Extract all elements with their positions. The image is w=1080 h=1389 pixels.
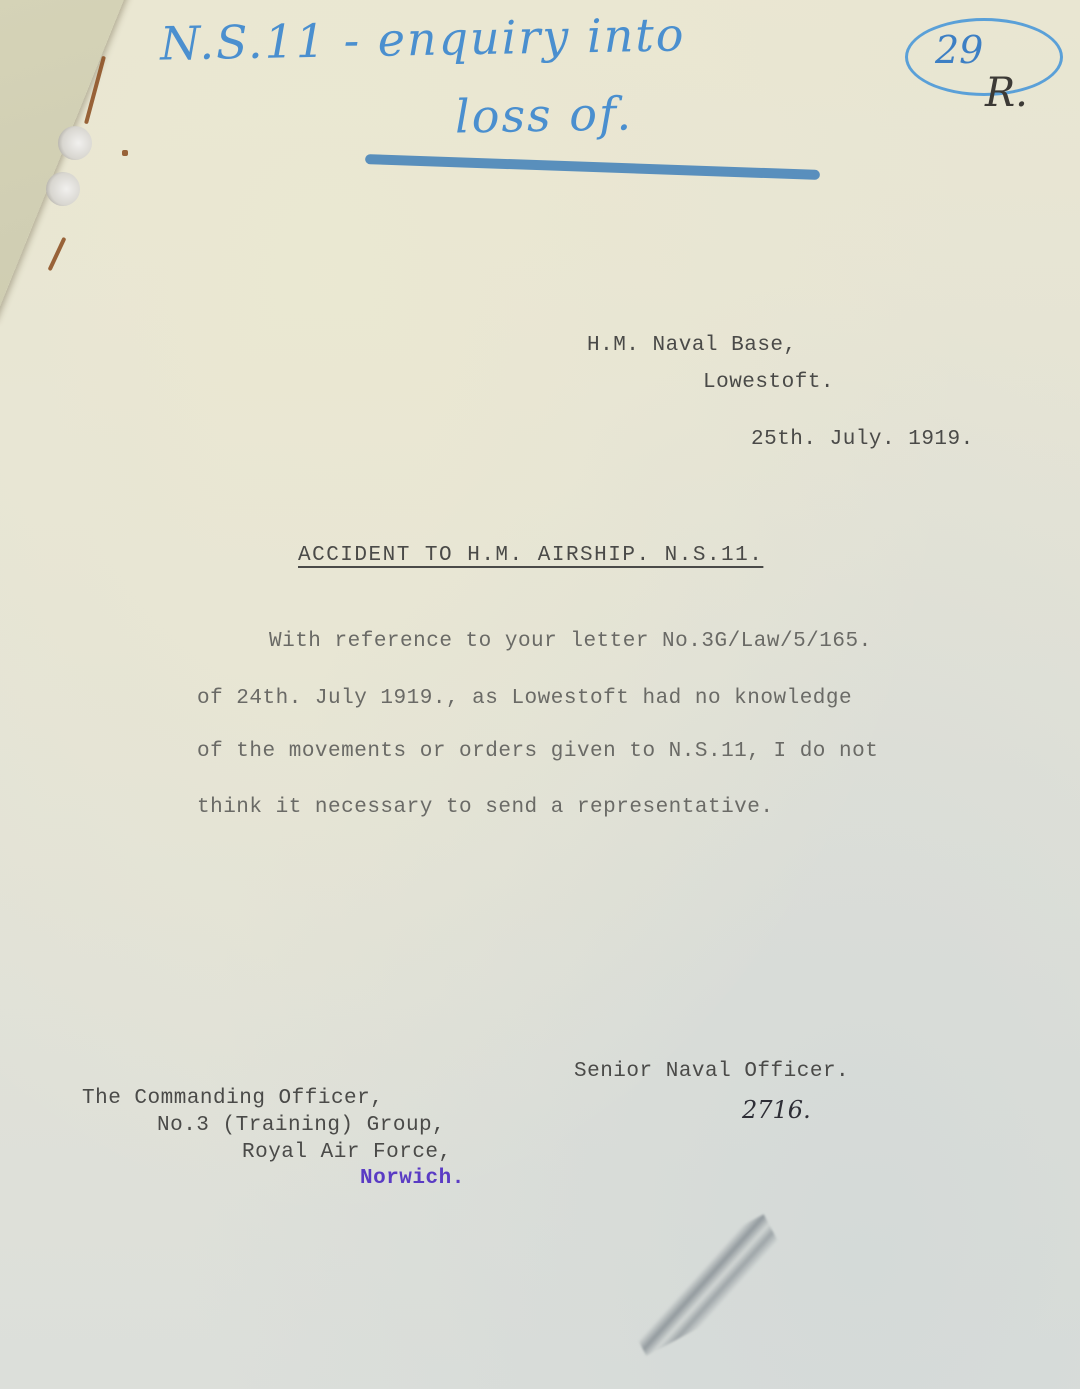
punch-hole-icon — [58, 126, 92, 160]
pencil-scribble-mark — [614, 1214, 797, 1356]
letter-subject-heading: ACCIDENT TO H.M. AIRSHIP. N.S.11. — [298, 544, 763, 567]
body-line-2: of 24th. July 1919., as Lowestoft had no… — [197, 687, 852, 710]
recipient-line-1: The Commanding Officer, — [82, 1087, 383, 1110]
handwritten-reference-number: 2716. — [742, 1096, 811, 1124]
letter-date: 25th. July. 1919. — [751, 428, 974, 451]
folio-number: 29 — [935, 28, 983, 72]
rust-stain — [122, 150, 128, 156]
folio-circle — [905, 18, 1063, 96]
handwritten-underline — [365, 154, 820, 180]
body-line-4: think it necessary to send a representat… — [197, 796, 774, 819]
punch-hole-icon — [46, 172, 80, 206]
recipient-line-3: Royal Air Force, — [242, 1141, 452, 1164]
recipient-city-stamp: Norwich. — [360, 1167, 465, 1190]
handwritten-annotation-line1: N.S.11 - enquiry into — [160, 7, 686, 70]
address-line-1: H.M. Naval Base, — [587, 334, 797, 357]
body-line-1: With reference to your letter No.3G/Law/… — [269, 630, 872, 653]
handwritten-annotation-line2: loss of. — [455, 86, 634, 143]
signoff: Senior Naval Officer. — [574, 1060, 849, 1083]
folio-initial: R. — [985, 70, 1028, 116]
body-line-3: of the movements or orders given to N.S.… — [197, 740, 878, 763]
folded-underlying-sheet — [0, 0, 140, 320]
address-line-2: Lowestoft. — [703, 371, 834, 394]
letter-page: N.S.11 - enquiry into loss of. 29 R. H.M… — [0, 0, 1080, 1389]
recipient-line-2: No.3 (Training) Group, — [157, 1114, 445, 1137]
rust-stain — [48, 237, 67, 271]
